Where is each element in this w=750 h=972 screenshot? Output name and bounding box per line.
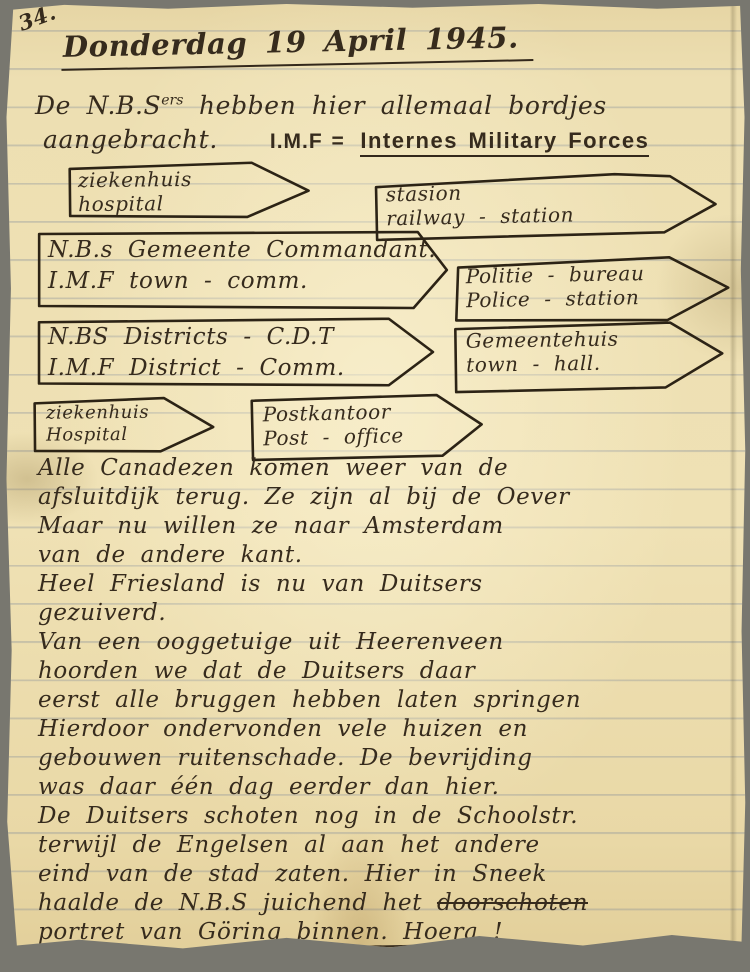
body-line-with-strikethrough: haalde de N.B.S juichend het doorschoten bbox=[38, 889, 728, 918]
sign-line-english: I.M.F town - comm. bbox=[48, 266, 451, 297]
body-line: Maar nu willen ze naar Amsterdam bbox=[38, 512, 728, 541]
body-line: terwijl de Engelsen al aan het andere bbox=[38, 831, 728, 860]
signpost-ziekenhuis-hospital-small: ziekenhuis Hospital bbox=[33, 396, 215, 454]
signpost-district-commandant: N.BS Districts - C.D.T I.M.F District - … bbox=[35, 317, 437, 387]
signpost-ziekenhuis-hospital: ziekenhuis hospital bbox=[65, 161, 312, 221]
body-line: van de andere kant. bbox=[38, 541, 728, 570]
imf-abbreviation: I.M.F = bbox=[270, 130, 345, 153]
sign-line-english: Police - station bbox=[466, 284, 731, 313]
sign-line-dutch: ziekenhuis bbox=[46, 401, 215, 424]
end-dash-mark bbox=[360, 944, 438, 947]
body-line: portret van Göring binnen. Hoera ! bbox=[38, 918, 728, 947]
intro-line-1-rest: hebben hier allemaal bordjes bbox=[183, 91, 606, 120]
body-line: Alle Canadezen komen weer van de bbox=[38, 454, 728, 483]
intro-line-1: De N.B.Sers hebben hier allemaal bordjes bbox=[35, 91, 607, 120]
body-line: Van een ooggetuige uit Heerenveen bbox=[38, 628, 728, 657]
page-number: 34. bbox=[15, 0, 60, 36]
diary-body: Alle Canadezen komen weer van de afsluit… bbox=[38, 454, 728, 947]
sign-line-english: hospital bbox=[78, 190, 311, 216]
intro-line-1-text: De N.B.S bbox=[35, 91, 161, 120]
scanned-diary-page: { "page": { "page_number": "34.", "title… bbox=[0, 0, 750, 972]
intro-superscript: ers bbox=[161, 93, 183, 109]
signpost-police-station: Politie - bureau Police - station bbox=[452, 255, 731, 326]
body-line: De Duitsers schoten nog in de Schoolstr. bbox=[38, 802, 728, 831]
signpost-town-hall: Gemeentehuis town - hall. bbox=[453, 320, 726, 394]
sign-line-dutch: Gemeentehuis bbox=[466, 325, 725, 353]
body-line: eerst alle bruggen hebben laten springen bbox=[38, 686, 728, 715]
notebook-paper: 34. Donderdag 19 April 1945. De N.B.Sers… bbox=[5, 3, 746, 955]
intro-line-2: aangebracht.I.M.F = Internes Military Fo… bbox=[43, 125, 649, 154]
sign-line-english: town - hall. bbox=[466, 349, 725, 377]
body-line: gezuiverd. bbox=[38, 599, 728, 628]
struck-word: doorschoten bbox=[437, 890, 588, 916]
sign-line-english: I.M.F District - Comm. bbox=[48, 353, 437, 384]
sign-line-english: Post - office bbox=[263, 421, 484, 450]
sign-line-dutch: N.B.s Gemeente Commandant. bbox=[48, 235, 451, 266]
signpost-town-commandant: N.B.s Gemeente Commandant. I.M.F town - … bbox=[35, 230, 451, 310]
sign-line-english: Hospital bbox=[46, 423, 215, 446]
body-line: was daar één dag eerder dan hier. bbox=[38, 773, 728, 802]
body-line: gebouwen ruitenschade. De bevrijding bbox=[38, 744, 728, 773]
body-line: afsluitdijk terug. Ze zijn al bij de Oev… bbox=[38, 483, 728, 512]
entry-title: Donderdag 19 April 1945. bbox=[61, 20, 534, 71]
body-line-text: haalde de N.B.S juichend het bbox=[38, 890, 437, 916]
body-line: Heel Friesland is nu van Duitsers bbox=[38, 570, 728, 599]
imf-definition: Internes Military Forces bbox=[360, 128, 649, 157]
signpost-post-office: Postkantoor Post - office bbox=[249, 392, 484, 461]
body-line: hoorden we dat de Duitsers daar bbox=[38, 657, 728, 686]
body-line: eind van de stad zaten. Hier in Sneek bbox=[38, 860, 728, 889]
intro-line-2-word: aangebracht. bbox=[43, 125, 218, 154]
body-line: Hierdoor ondervonden vele huizen en bbox=[38, 715, 728, 744]
sign-line-dutch: N.BS Districts - C.D.T bbox=[48, 322, 437, 353]
sign-line-dutch: ziekenhuis bbox=[78, 166, 311, 192]
